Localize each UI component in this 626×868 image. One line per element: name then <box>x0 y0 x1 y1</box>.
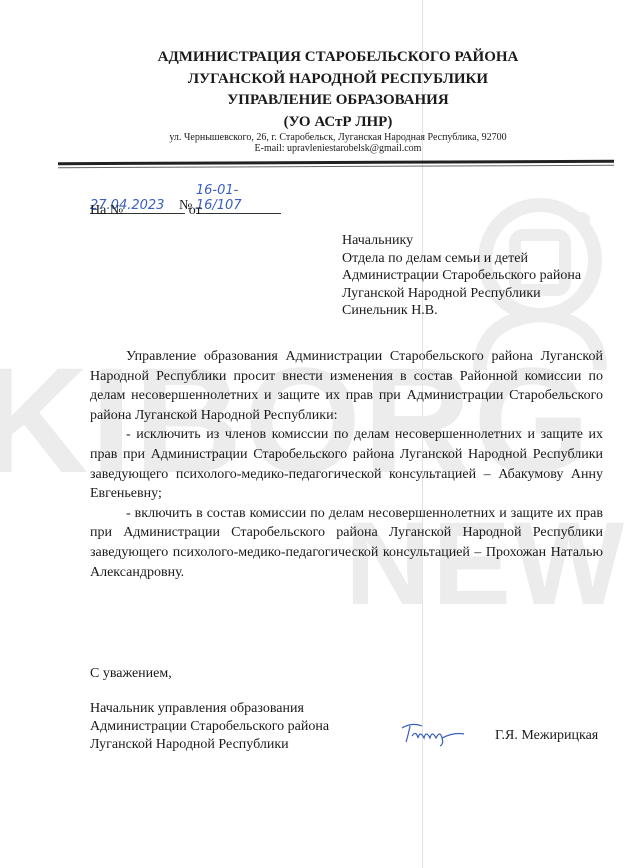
ref-from-label: от <box>189 203 202 218</box>
body-paragraph: Управление образования Администрации Ста… <box>90 347 603 425</box>
address-line: ул. Чернышевского, 26, г. Старобельск, Л… <box>0 132 626 143</box>
recipient-block: Начальнику Отдела по делам семьи и детей… <box>342 232 581 320</box>
signer-name: Г.Я. Межирицкая <box>495 728 598 744</box>
ref-number-blank <box>123 201 185 214</box>
letterhead-line: АДМИНИСТРАЦИЯ СТАРОБЕЛЬСКОГО РАЙОНА <box>0 47 626 69</box>
letterhead-line: УПРАВЛЕНИЕ ОБРАЗОВАНИЯ <box>0 90 626 112</box>
reference-line: На № от <box>90 201 281 219</box>
signer-position: Начальник управления образования Админис… <box>90 700 329 754</box>
position-line: Начальник управления образования <box>90 700 329 718</box>
recipient-line: Луганской Народной Республики <box>342 285 581 303</box>
body-paragraph: - включить в состав комиссии по делам не… <box>90 504 603 582</box>
letterhead: АДМИНИСТРАЦИЯ СТАРОБЕЛЬСКОГО РАЙОНА ЛУГА… <box>0 47 626 133</box>
letterhead-line: ЛУГАНСКОЙ НАРОДНОЙ РЕСПУБЛИКИ <box>0 69 626 91</box>
letterhead-line: (УО АСтР ЛНР) <box>0 112 626 134</box>
letterhead-address: ул. Чернышевского, 26, г. Старобельск, Л… <box>0 132 626 154</box>
closing-regards: С уважением, <box>90 666 172 682</box>
handwritten-signature-icon <box>398 718 468 748</box>
body-paragraph: - исключить из членов комиссии по делам … <box>90 425 603 503</box>
letter-body: Управление образования Администрации Ста… <box>90 347 603 582</box>
header-divider-thin <box>58 165 614 168</box>
recipient-line: Отдела по делам семьи и детей <box>342 250 581 268</box>
ref-label: На № <box>90 203 123 218</box>
email-line: E-mail: upravleniestarobelsk@gmail.com <box>0 143 626 154</box>
position-line: Луганской Народной Республики <box>90 736 329 754</box>
recipient-line: Начальнику <box>342 232 581 250</box>
position-line: Администрации Старобельского района <box>90 718 329 736</box>
ref-date-blank <box>205 201 281 214</box>
recipient-line: Администрации Старобельского района <box>342 267 581 285</box>
recipient-line: Синельник Н.В. <box>342 302 581 320</box>
